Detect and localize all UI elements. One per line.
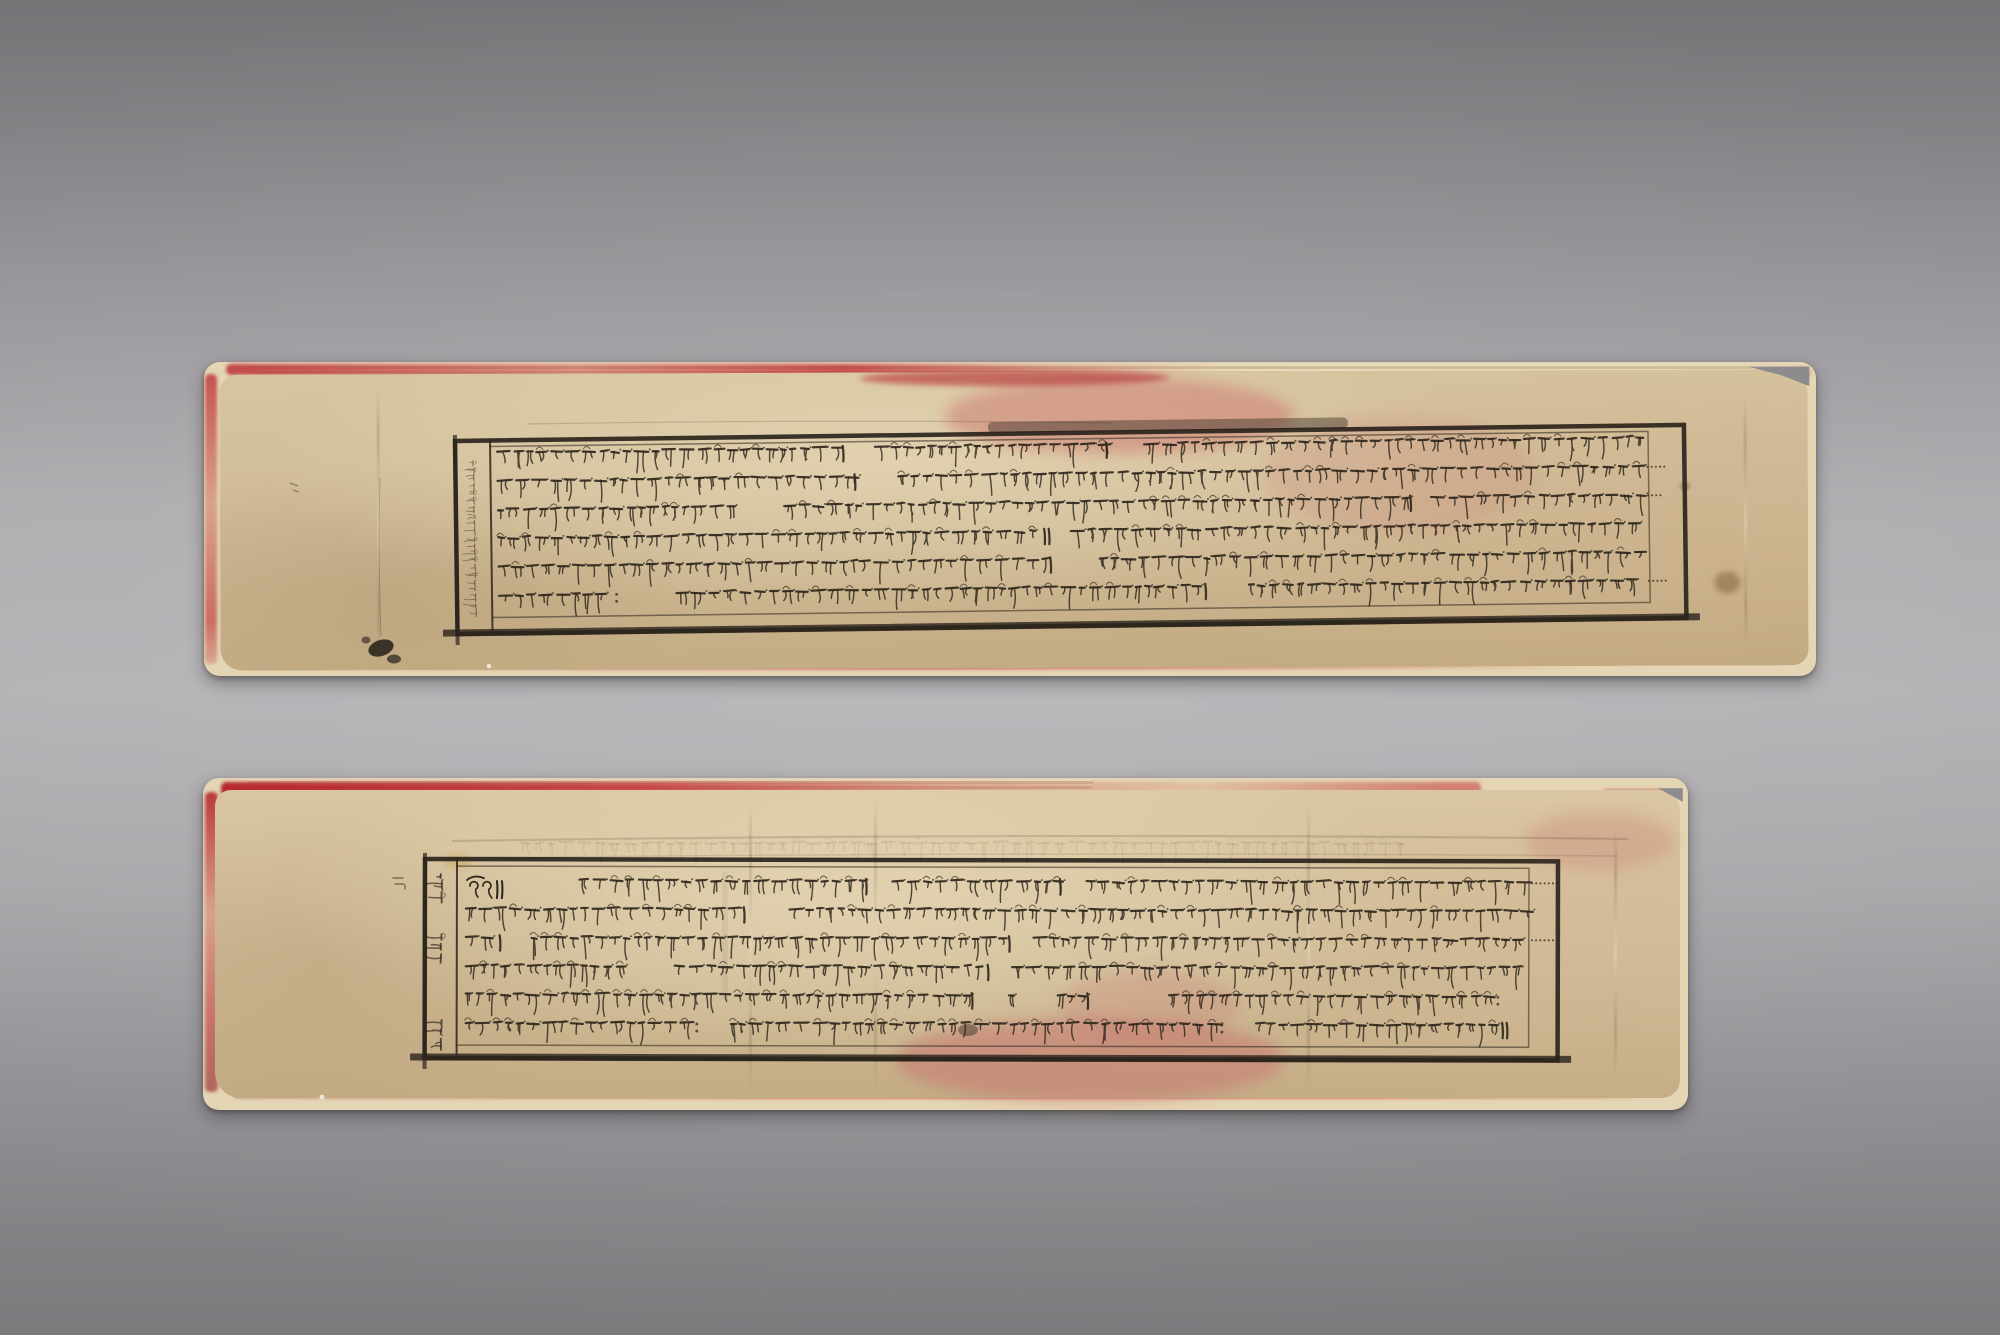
lower-leaf-margin-note — [424, 874, 445, 903]
yig-mgo-mark — [467, 876, 503, 898]
upper-leaf-margin-note — [461, 461, 478, 618]
upper-leaf-ink — [290, 417, 1697, 668]
lower-leaf-ink — [320, 836, 1628, 1099]
ink-layer — [0, 0, 2000, 1335]
ink-smudge — [958, 1024, 978, 1036]
photograph — [0, 0, 2000, 1335]
paper-speck — [320, 1095, 325, 1100]
paper-speck — [487, 664, 492, 669]
ink-smudge — [290, 478, 401, 664]
lower-leaf-margin-note — [425, 1020, 443, 1050]
folio-mark — [393, 878, 405, 889]
